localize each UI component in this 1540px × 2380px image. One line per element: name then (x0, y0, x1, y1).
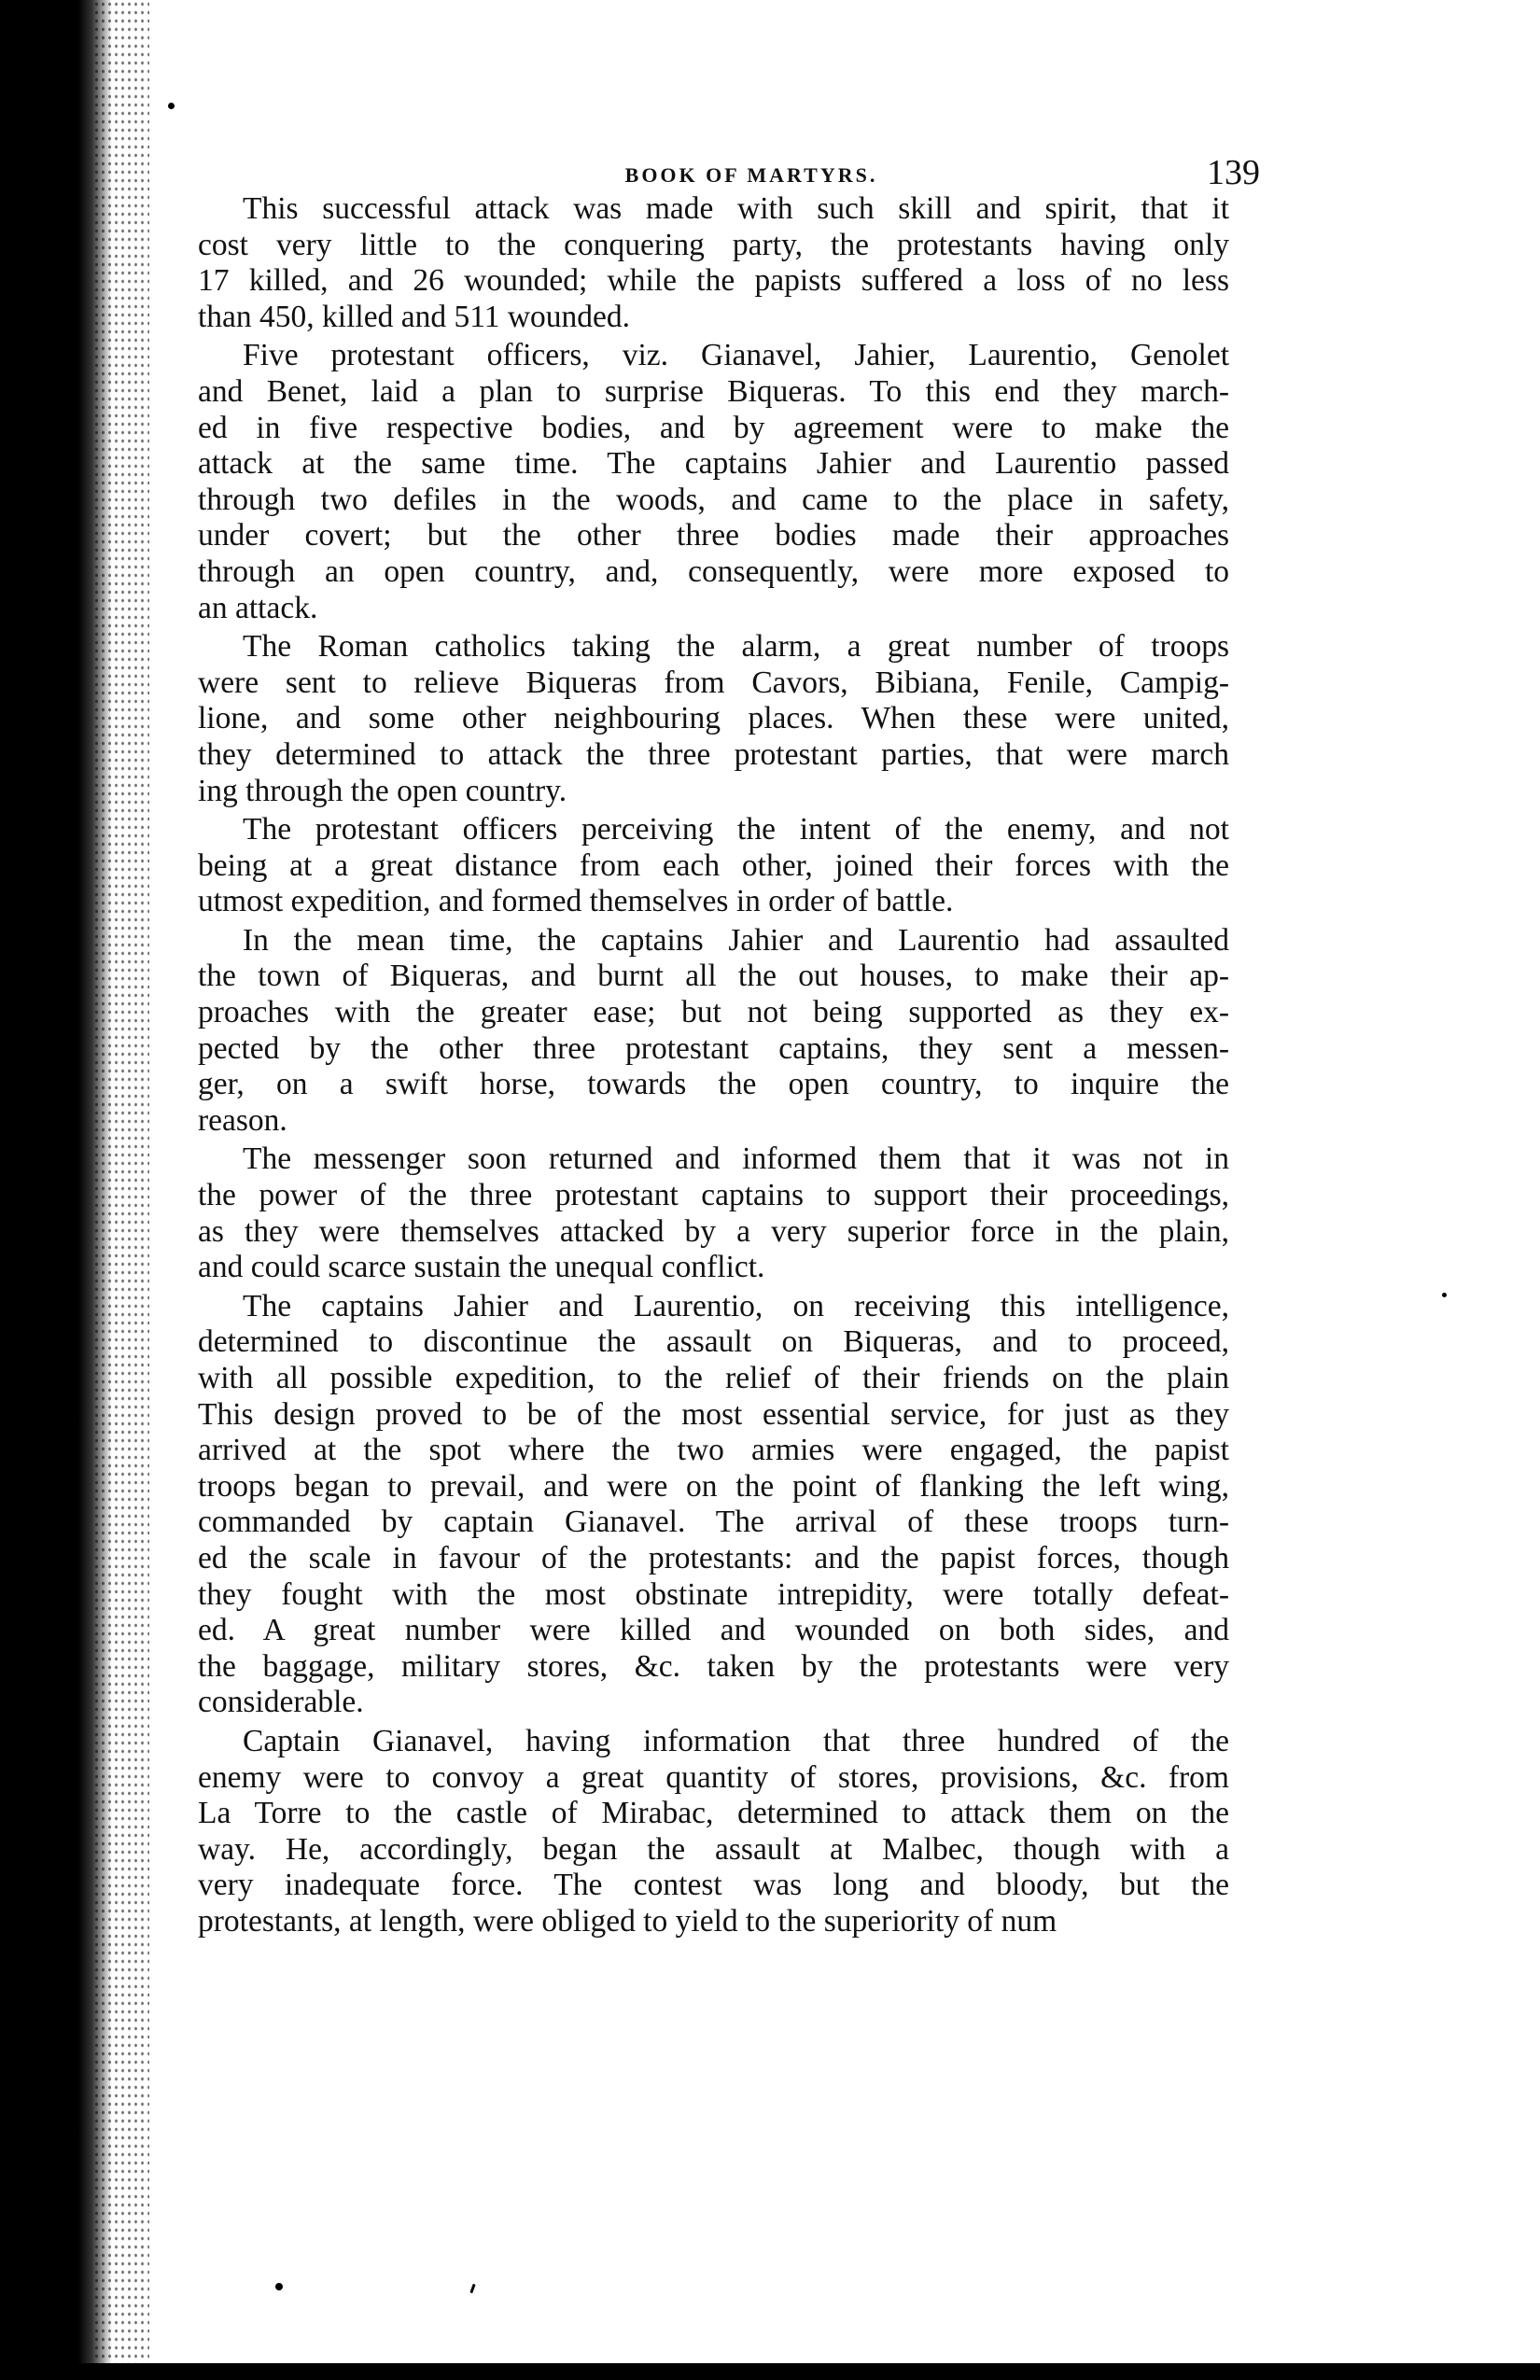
paragraph: The messenger soon returned and informed… (198, 1141, 1229, 1285)
text-line: and Benet, laid a plan to surprise Bique… (198, 374, 1229, 411)
text-line: protestants, at length, were obliged to … (198, 1904, 1229, 1940)
text-line: an attack. (198, 591, 1229, 627)
text-line: were sent to relieve Biqueras from Cavor… (198, 665, 1229, 702)
text-line: ed in five respective bodies, and by agr… (198, 411, 1229, 447)
text-line: determined to discontinue the assault on… (198, 1324, 1229, 1361)
text-line: commanded by captain Gianavel. The arriv… (198, 1505, 1229, 1541)
text-line: arrived at the spot where the two armies… (198, 1433, 1229, 1469)
text-line: The Roman catholics taking the alarm, a … (198, 629, 1229, 665)
text-line: 17 killed, and 26 wounded; while the pap… (198, 263, 1229, 300)
text-line: way. He, accordingly, began the assault … (198, 1832, 1229, 1869)
text-line: through an open country, and, consequent… (198, 554, 1229, 591)
text-line: troops began to prevail, and were on the… (198, 1469, 1229, 1505)
scan-speck (168, 103, 175, 109)
text-line: they determined to attack the three prot… (198, 737, 1229, 774)
paragraph: Five protestant officers, viz. Gianavel,… (198, 338, 1229, 626)
text-line: proaches with the greater ease; but not … (198, 995, 1229, 1031)
text-line: utmost expedition, and formed themselves… (198, 884, 1229, 920)
text-line: the baggage, military stores, &c. taken … (198, 1649, 1229, 1686)
text-line: The messenger soon returned and informed… (198, 1141, 1229, 1178)
text-line: This design proved to be of the most ess… (198, 1397, 1229, 1434)
body-text: This successful attack was made with suc… (198, 191, 1229, 1943)
text-line: being at a great distance from each othe… (198, 848, 1229, 885)
text-line: lione, and some other neighbouring place… (198, 701, 1229, 737)
text-line: In the mean time, the captains Jahier an… (198, 923, 1229, 959)
text-line: Five protestant officers, viz. Gianavel,… (198, 338, 1229, 374)
text-line: the power of the three protestant captai… (198, 1178, 1229, 1214)
paragraph: The Roman catholics taking the alarm, a … (198, 629, 1229, 809)
page-number: 139 (1207, 152, 1260, 193)
text-line: through two defiles in the woods, and ca… (198, 483, 1229, 519)
paragraph: The protestant officers perceiving the i… (198, 812, 1229, 920)
text-line: the town of Biqueras, and burnt all the … (198, 959, 1229, 995)
text-line: under covert; but the other three bodies… (198, 518, 1229, 554)
text-line: ing through the open country. (198, 774, 1229, 810)
scan-mark (469, 2284, 475, 2293)
text-line: considerable. (198, 1685, 1229, 1721)
gutter-scan-noise (93, 0, 149, 2380)
text-line: attack at the same time. The captains Ja… (198, 446, 1229, 483)
text-line: cost very little to the conquering party… (198, 228, 1229, 264)
text-line: La Torre to the castle of Mirabac, deter… (198, 1796, 1229, 1832)
text-line: ger, on a swift horse, towards the open … (198, 1067, 1229, 1103)
text-line: ed the scale in favour of the protestant… (198, 1541, 1229, 1577)
text-line: This successful attack was made with suc… (198, 191, 1229, 228)
paragraph: Captain Gianavel, having information tha… (198, 1724, 1229, 1940)
text-line: The protestant officers perceiving the i… (198, 812, 1229, 848)
text-line: pected by the other three protestant cap… (198, 1031, 1229, 1068)
text-line: than 450, killed and 511 wounded. (198, 300, 1229, 336)
scan-speck (1442, 1293, 1447, 1297)
text-line: as they were themselves attacked by a ve… (198, 1214, 1229, 1251)
scan-speck (275, 2283, 283, 2290)
scanned-page-bottom-edge (0, 2363, 1540, 2380)
text-line: very inadequate force. The contest was l… (198, 1868, 1229, 1904)
text-line: enemy were to convoy a great quantity of… (198, 1760, 1229, 1797)
paragraph: In the mean time, the captains Jahier an… (198, 923, 1229, 1140)
paragraph: The captains Jahier and Laurentio, on re… (198, 1289, 1229, 1721)
running-title: Book of Martyrs. (243, 163, 1260, 188)
text-line: The captains Jahier and Laurentio, on re… (198, 1289, 1229, 1325)
paragraph: This successful attack was made with suc… (198, 191, 1229, 335)
text-line: ed. A great number were killed and wound… (198, 1613, 1229, 1649)
text-line: Captain Gianavel, having information tha… (198, 1724, 1229, 1760)
text-line: and could scarce sustain the unequal con… (198, 1250, 1229, 1286)
text-line: they fought with the most obstinate intr… (198, 1577, 1229, 1614)
text-line: reason. (198, 1103, 1229, 1140)
text-line: with all possible expedition, to the rel… (198, 1361, 1229, 1397)
